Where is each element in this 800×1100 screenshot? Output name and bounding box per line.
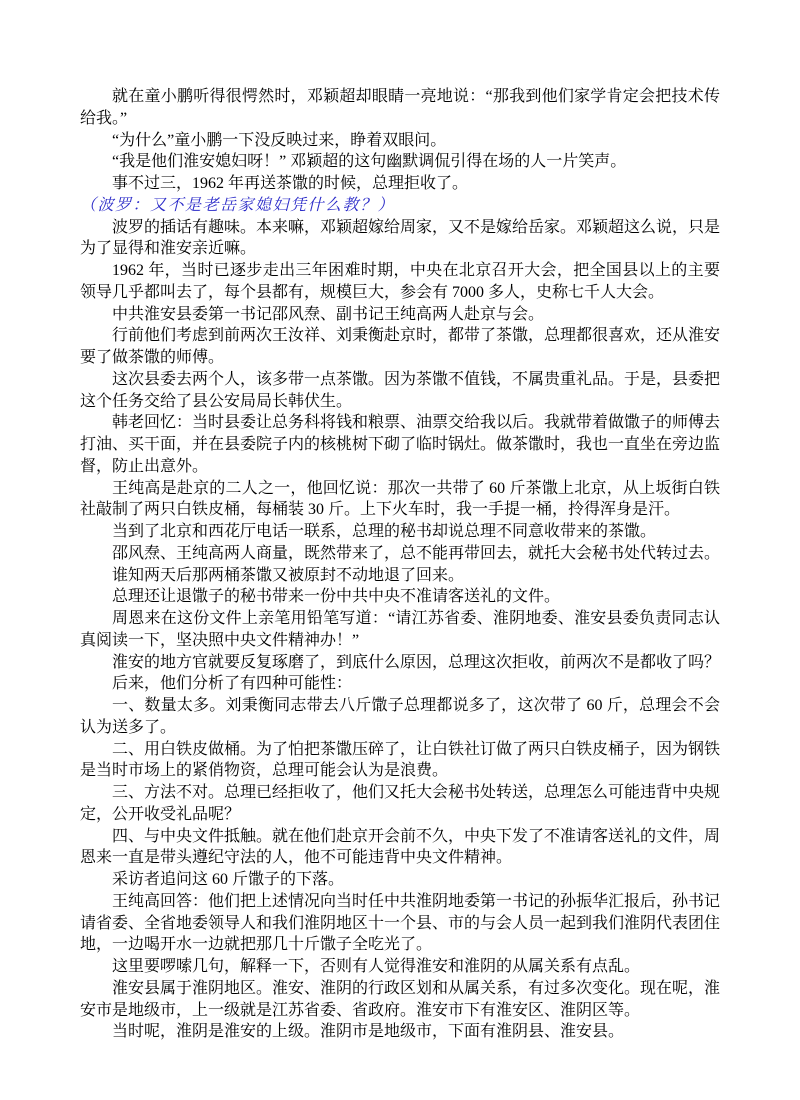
paragraph: 王纯高回答：他们把上述情况向当时任中共淮阴地委第一书记的孙振华汇报后，孙书记请省… <box>80 891 720 956</box>
paragraph: 中共淮安县委第一书记邵风焘、副书记王纯高两人赴京与会。 <box>80 304 720 326</box>
document-body: 就在童小鹏听得很愕然时，邓颖超却眼睛一亮地说：“那我到他们家学肯定会把技术传给我… <box>80 86 720 1043</box>
paragraph: 韩老回忆：当时县委让总务科将钱和粮票、油票交给我以后。我就带着做馓子的师傅去打油… <box>80 412 720 477</box>
paragraph: 淮安县属于淮阴地区。淮安、淮阴的行政区划和从属关系，有过多次变化。现在呢，淮安市… <box>80 978 720 1022</box>
paragraph: “我是他们淮安媳妇呀！” 邓颖超的这句幽默调侃引得在场的人一片笑声。 <box>80 151 720 173</box>
paragraph: 当到了北京和西花厅电话一联系，总理的秘书却说总理不同意收带来的茶馓。 <box>80 521 720 543</box>
paragraph: 周恩来在这份文件上亲笔用铅笔写道：“请江苏省委、淮阴地委、淮安县委负责同志认真阅… <box>80 608 720 652</box>
paragraph: 波罗的插话有趣味。本来嘛，邓颖超嫁给周家，又不是嫁给岳家。邓颖超这么说，只是为了… <box>80 217 720 261</box>
paragraph: 四、与中央文件抵触。就在他们赴京开会前不久，中央下发了不准请客送礼的文件，周恩来… <box>80 826 720 870</box>
paragraph: 一、数量太多。刘秉衡同志带去八斤馓子总理都说多了，这次带了 60 斤，总理会不会… <box>80 695 720 739</box>
paragraph: “为什么”童小鹏一下没反映过来，睁着双眼问。 <box>80 130 720 152</box>
paragraph: 谁知两天后那两桶茶馓又被原封不动地退了回来。 <box>80 565 720 587</box>
paragraph: 淮安的地方官就要反复琢磨了，到底什么原因，总理这次拒收，前两次不是都收了吗？ <box>80 652 720 674</box>
paragraph: 事不过三，1962 年再送茶馓的时候，总理拒收了。 <box>80 173 720 195</box>
paragraph: 这里要啰嗦几句，解释一下，否则有人觉得淮安和淮阴的从属关系有点乱。 <box>80 956 720 978</box>
paragraph: 这次县委去两个人，该多带一点茶馓。因为茶馓不值钱，不属贵重礼品。于是，县委把这个… <box>80 369 720 413</box>
paragraph: 就在童小鹏听得很愕然时，邓颖超却眼睛一亮地说：“那我到他们家学肯定会把技术传给我… <box>80 86 720 130</box>
paragraph: 采访者追问这 60 斤馓子的下落。 <box>80 869 720 891</box>
commenter-annotation: （波罗：又不是老岳家媳妇凭什么教？） <box>80 195 720 217</box>
paragraph: 后来，他们分析了有四种可能性： <box>80 673 720 695</box>
paragraph: 总理还让退馓子的秘书带来一份中共中央不准请客送礼的文件。 <box>80 586 720 608</box>
paragraph: 二、用白铁皮做桶。为了怕把茶馓压碎了，让白铁社订做了两只白铁皮桶子，因为钢铁是当… <box>80 739 720 783</box>
paragraph: 三、方法不对。总理已经拒收了，他们又托大会秘书处转送，总理怎么可能违背中央规定，… <box>80 782 720 826</box>
paragraph: 王纯高是赴京的二人之一，他回忆说：那次一共带了 60 斤茶馓上北京，从上坂街白铁… <box>80 478 720 522</box>
paragraph: 邵风焘、王纯高两人商量，既然带来了，总不能再带回去，就托大会秘书处代转过去。 <box>80 543 720 565</box>
paragraph: 当时呢，淮阴是淮安的上级。淮阴市是地级市，下面有淮阴县、淮安县。 <box>80 1021 720 1043</box>
document-page: 就在童小鹏听得很愕然时，邓颖超却眼睛一亮地说：“那我到他们家学肯定会把技术传给我… <box>0 0 800 1100</box>
paragraph: 1962 年，当时已逐步走出三年困难时期，中央在北京召开大会，把全国县以上的主要… <box>80 260 720 304</box>
paragraph: 行前他们考虑到前两次王汝祥、刘秉衡赴京时，都带了茶馓，总理都很喜欢，还从淮安要了… <box>80 325 720 369</box>
